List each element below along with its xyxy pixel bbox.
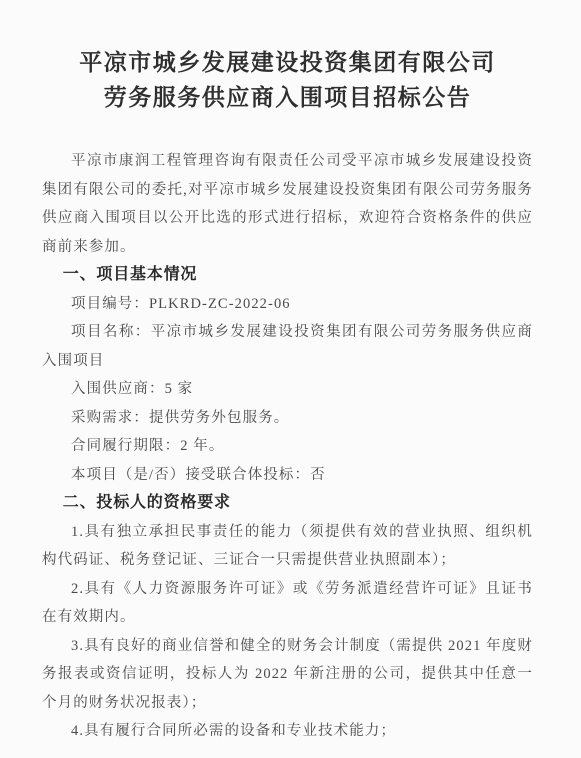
doc-title-line-2: 劳务服务供应商入围项目招标公告: [42, 80, 533, 115]
doc-title: 平凉市城乡发展建设投资集团有限公司 劳务服务供应商入围项目招标公告: [42, 45, 533, 115]
contract-term-paragraph: 合同履行期限：2 年。: [42, 432, 533, 461]
qualification-item-2: 2.具有《人力资源服务许可证》或《劳务派遣经营许可证》且证书在有效期内。: [42, 575, 533, 632]
section-2-heading: 二、投标人的资格要求: [42, 489, 533, 518]
qualification-item-4: 4.具有履行合同所必需的设备和专业技术能力；: [42, 717, 533, 746]
qualification-item-1: 1.具有独立承担民事责任的能力（须提供有效的营业执照、组织机构代码证、税务登记证…: [42, 518, 533, 575]
doc-title-line-1: 平凉市城乡发展建设投资集团有限公司: [42, 45, 533, 80]
intro-paragraph: 平凉市康润工程管理咨询有限责任公司受平凉市城乡发展建设投资集团有限公司的委托,对…: [42, 147, 533, 261]
procurement-demand-paragraph: 采购需求：提供劳务外包服务。: [42, 404, 533, 433]
project-name-paragraph: 项目名称：平凉市城乡发展建设投资集团有限公司劳务服务供应商入围项目: [42, 318, 533, 375]
document-page: 平凉市城乡发展建设投资集团有限公司 劳务服务供应商入围项目招标公告 平凉市康润工…: [0, 0, 581, 758]
shortlist-count-paragraph: 入围供应商：5 家: [42, 375, 533, 404]
consortium-bid-paragraph: 本项目（是/否）接受联合体投标：否: [42, 461, 533, 490]
section-1-heading: 一、项目基本情况: [42, 261, 533, 290]
project-number-paragraph: 项目编号：PLKRD-ZC-2022-06: [42, 290, 533, 319]
qualification-item-3: 3.具有良好的商业信誉和健全的财务会计制度（需提供 2021 年度财务报表或资信…: [42, 632, 533, 718]
